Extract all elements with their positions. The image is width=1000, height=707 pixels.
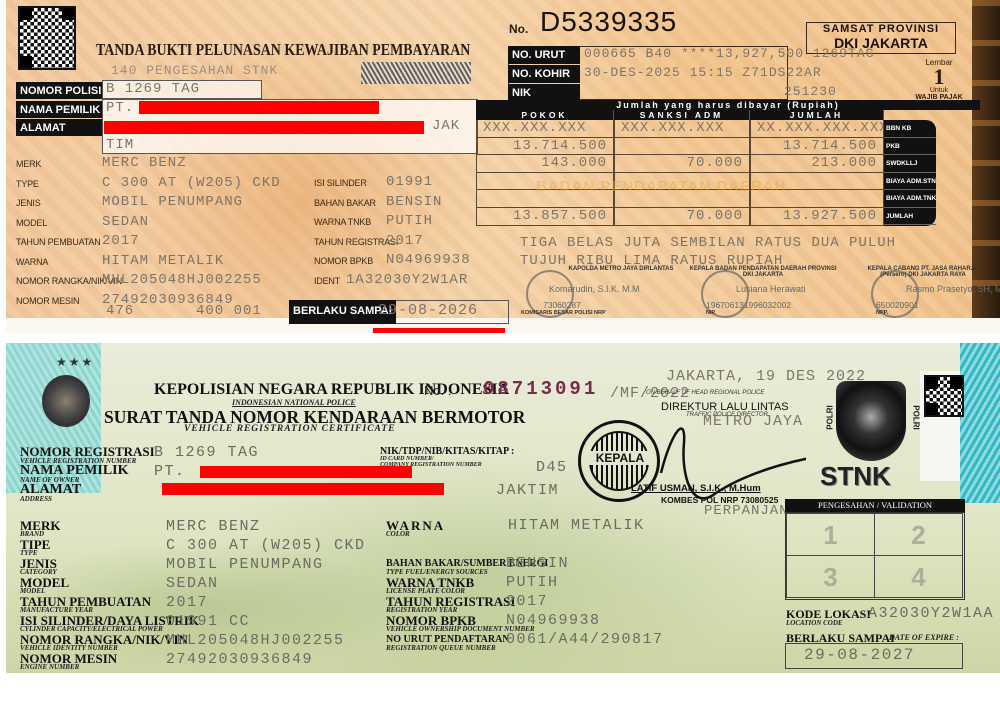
- field-value: SEDAN: [102, 214, 149, 230]
- field-value: MOBIL PENUMPANG: [166, 556, 324, 573]
- bottom-redaction: [373, 328, 505, 333]
- payment-cell: 70.000: [614, 208, 750, 226]
- field-value: PUTIH: [386, 213, 433, 229]
- field-sublabel: ENGINE NUMBER: [20, 663, 79, 671]
- signatory-name: Komarudin, S.I.K. M.M: [549, 284, 640, 294]
- no-urut-value: 000665 B40 ****13,927,500 1269TAG: [584, 46, 874, 61]
- field-label: MERK: [16, 159, 41, 169]
- field-value: MOBIL PENUMPANG: [102, 194, 243, 210]
- payment-cell: [614, 138, 750, 156]
- signatory-title: KEPALA BADAN PENDAPATAN DAERAH PROVINSI …: [688, 266, 838, 278]
- payment-cell: 13.714.500: [750, 138, 884, 156]
- field-value: BENSIN: [506, 555, 569, 572]
- field-value: HITAM METALIK: [102, 253, 224, 269]
- payment-cell: XXX.XXX.XXX: [614, 120, 750, 138]
- stnk-hologram-badge: POLRI POLRI STNK: [816, 373, 926, 493]
- receipt-number: D5339335: [540, 6, 677, 38]
- field-value: N04969938: [506, 612, 601, 629]
- field-value: MHL205048HJ002255: [102, 272, 262, 288]
- field-value: 27492030936849: [166, 651, 313, 668]
- validation-cell-1: 1: [786, 513, 875, 556]
- payment-cell: 143.000: [476, 155, 614, 173]
- column-header: SANKSI ADM: [614, 110, 750, 120]
- field-value: PT.: [154, 463, 186, 480]
- security-hologram: [361, 62, 471, 84]
- field-value: SEDAN: [166, 575, 219, 592]
- field-label: IDENT: [314, 276, 340, 286]
- field-sublabel: COLOR: [386, 530, 410, 538]
- valid-until-value: 29-08-2026: [378, 302, 478, 319]
- address-redaction: [104, 121, 424, 134]
- agency-name: KEPOLISIAN NEGARA REPUBLIK INDONESIA: [154, 381, 509, 399]
- field-label: JENIS: [16, 198, 41, 208]
- field-label: TAHUN PEMBUATAN: [16, 237, 101, 247]
- row-label: PKB: [884, 138, 936, 156]
- row-label: BIAYA ADM.STNK: [884, 173, 936, 191]
- signatory-id: 73060287: [543, 300, 581, 310]
- owner-name-value: PT.: [106, 100, 134, 116]
- validation-grid: 1 2 3 4: [785, 512, 965, 600]
- validation-cell-4: 4: [874, 555, 963, 598]
- owner-name-redaction: [139, 101, 379, 114]
- field-value: C 300 AT (W205) CKD: [166, 537, 366, 554]
- field-value: MERC BENZ: [166, 518, 261, 535]
- field-label: ISI SILINDER: [314, 178, 367, 188]
- row-label: JUMLAH: [884, 208, 936, 226]
- field-value: 1A32030Y2W1AR: [346, 272, 468, 288]
- payment-cell: 213.000: [750, 155, 884, 173]
- signatory-id: 650020901: [876, 300, 919, 310]
- field-sublabel: REGISTRATION QUEUE NUMBER: [386, 644, 496, 652]
- vehicle-registration-certificate: ★★★ KEPOLISIAN NEGARA REPUBLIK INDONESIA…: [6, 343, 1000, 673]
- payment-cell: XX.XXX.XXX.XXX: [750, 120, 884, 138]
- field-value: 27492030936849: [102, 292, 234, 308]
- id-number-value: D45: [536, 459, 568, 476]
- address-redaction: [162, 483, 444, 495]
- receipt-title: TANDA BUKTI PELUNASAN KEWAJIBAN PEMBAYAR…: [96, 40, 470, 60]
- column-header: POKOK: [476, 110, 614, 120]
- field-value: JAKTIM: [496, 482, 559, 499]
- field-label: BAHAN BAKAR: [314, 198, 376, 208]
- stars-icon: ★★★: [56, 355, 94, 369]
- payment-cell: XXX.XXX.XXX: [476, 120, 614, 138]
- field-label: NOMOR MESIN: [16, 296, 79, 306]
- field-label: NOMOR BPKB: [314, 256, 373, 266]
- watermark: BADAN PENDAPATAN DAERAH: [536, 178, 787, 195]
- signatory-id-label: NPP.: [876, 310, 888, 316]
- row-label: BIAYA ADM.TNKB: [884, 190, 936, 208]
- row-labels: BBN KBPKBSWDKLLJBIAYA ADM.STNKBIAYA ADM.…: [884, 120, 936, 226]
- field-label: MODEL: [16, 218, 47, 228]
- signatory-title: KEPALA CABANG PT. JASA RAHARJA (Persero)…: [858, 266, 988, 278]
- location-code-value: A32030Y2W1AA: [868, 605, 994, 622]
- field-value: N04969938: [386, 252, 471, 268]
- row-label: BBN KB: [884, 120, 936, 138]
- field-value: B 1269 TAG: [154, 444, 259, 461]
- field-value: 01991: [386, 174, 433, 190]
- payment-cell: 70.000: [614, 155, 750, 173]
- police-emblem-icon: [42, 375, 90, 427]
- field-value: 2017: [386, 233, 424, 249]
- signatory-id: 196706131996032002: [706, 300, 791, 310]
- field-value: 01991 CC: [166, 613, 250, 630]
- payment-table: Jumlah yang harus dibayar (Rupiah) POKOK…: [476, 100, 980, 234]
- field-value: MERC BENZ: [102, 155, 187, 171]
- tax-payment-receipt: TANDA BUKTI PELUNASAN KEWAJIBAN PEMBAYAR…: [6, 0, 1000, 333]
- polri-shield-icon: [836, 381, 906, 461]
- issuer-name: LATIF USMAN, S.I.K., M.Hum: [631, 483, 761, 494]
- column-header: JUMLAH: [750, 110, 884, 120]
- expiry-value: 29-08-2027: [804, 646, 915, 664]
- nik-value: 251230: [784, 84, 837, 99]
- address-value: JAK: [432, 118, 460, 134]
- address-line2: TIM: [106, 137, 134, 153]
- validation-cell-2: 2: [874, 513, 963, 556]
- field-sublabel: ADDRESS: [20, 495, 52, 503]
- no-kohir-value: 30-DES-2025 15:15 Z71DS22AR: [584, 65, 822, 80]
- qr-code-icon: [18, 6, 76, 70]
- payment-cell: 13.927.500: [750, 208, 884, 226]
- signatory-name: Lusiana Herawati: [736, 284, 806, 294]
- signatory-id-label: KOMISARIS BESAR POLISI NRP: [521, 310, 606, 316]
- signatory-title: KAPOLDA METRO JAYA DIRLANTAS: [546, 266, 696, 272]
- qr-code-icon: [924, 375, 964, 417]
- police-number-value: B 1269 TAG: [106, 81, 200, 97]
- field-value: 2017: [506, 593, 548, 610]
- field-value: 2017: [102, 233, 140, 249]
- amount-in-words: TIGA BELAS JUTA SEMBILAN RATUS DUA PULUH…: [520, 234, 950, 270]
- field-label: TYPE: [16, 179, 39, 189]
- signatory-name: Rasmo Prasetyo, SH, M.Risk: [906, 284, 1000, 294]
- field-value: HITAM METALIK: [508, 517, 645, 534]
- certificate-number: 08713091: [483, 378, 598, 400]
- validation-cell-3: 3: [786, 555, 875, 598]
- field-value: BENSIN: [386, 194, 442, 210]
- print-subtitle: 140 PENGESAHAN STNK: [111, 63, 278, 78]
- payment-cell: 13.714.500: [476, 138, 614, 156]
- field-value: C 300 AT (W205) CKD: [102, 175, 281, 191]
- sheet-indicator: Lembar 1 Untuk WAJIB PAJAK: [912, 58, 966, 101]
- payment-cell: 13.857.500: [476, 208, 614, 226]
- field-label: WARNA TNKB: [314, 217, 371, 227]
- validation-header: PENGESAHAN / VALIDATION: [785, 499, 965, 512]
- signatory-id-label: NIP.: [706, 310, 716, 316]
- row-label: SWDKLLJ: [884, 155, 936, 173]
- field-value: 2017: [166, 594, 208, 611]
- field-value: 0061/A44/290817: [506, 631, 664, 648]
- field-label: WARNA: [16, 257, 48, 267]
- field-value: MHL205048HJ002255: [166, 632, 345, 649]
- field-value: PUTIH: [506, 574, 559, 591]
